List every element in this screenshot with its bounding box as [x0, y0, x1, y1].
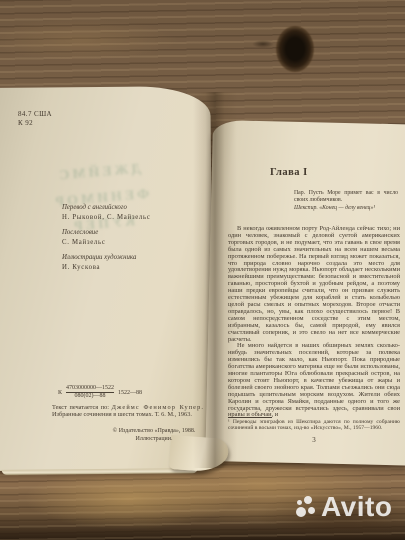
credit-name: С. Майзельс	[62, 238, 151, 248]
imprint-rest: Избранные сочинения в шести томах. Т. 6.…	[52, 411, 192, 418]
copyright-line: Иллюстрации.	[98, 436, 210, 444]
credit-illustrations: Иллюстрации художника И. Кускова	[62, 253, 151, 272]
body-paragraph: Не много найдется в наших обширных земля…	[228, 343, 400, 419]
copyright-notice: © Издательство «Правда», 1988. Иллюстрац…	[98, 428, 210, 443]
chapter-heading: Глава I	[270, 167, 308, 178]
credit-translation: Перевод с английского Н. Рыковой, С. Май…	[62, 203, 151, 222]
wood-grain-speck	[252, 40, 274, 48]
catalog-prefix: К	[58, 390, 62, 396]
imprint-note: Текст печатается по: Джеймс Фенимор Купе…	[52, 404, 204, 419]
page-number: 3	[228, 436, 400, 444]
avito-watermark: Avito	[296, 491, 392, 523]
catalog-numerator: 4703000000—1522	[66, 385, 114, 392]
footnote: ¹ Переводы эпиграфов из Шекспира даются …	[228, 419, 400, 432]
credit-name: И. Кускова	[62, 263, 151, 273]
credits-block: Перевод с английского Н. Рыковой, С. Май…	[62, 203, 151, 278]
avito-logo-icon	[296, 496, 316, 518]
imprint-author: Джеймс Фенимор Купер.	[112, 404, 204, 411]
chapter-body: В некогда оживленном порту Род-Айленда с…	[228, 226, 400, 419]
book-photo: 84.7 США К 92 ДЖЕЙМС ФЕНИМОР КУПЕР Перев…	[0, 0, 405, 540]
epigraph: Пар. Пусть Море примет вас в число своих…	[294, 190, 398, 212]
index-code-line: К 92	[18, 119, 52, 128]
index-code-line: 84.7 США	[18, 110, 52, 119]
footnote-divider	[228, 417, 272, 418]
credit-role: Послесловие	[62, 228, 151, 238]
credit-afterword: Послесловие С. Майзельс	[62, 228, 151, 247]
library-index-code: 84.7 США К 92	[18, 110, 52, 128]
imprint-prefix: Текст печатается по:	[52, 404, 112, 411]
epigraph-source: Шекспир. «Конец — делу венец»¹	[294, 205, 398, 212]
credit-role: Иллюстрации художника	[62, 253, 151, 263]
catalog-denominator: 080(02)—88	[66, 392, 114, 400]
avito-watermark-label: Avito	[321, 491, 392, 523]
body-paragraph: В некогда оживленном порту Род-Айленда с…	[228, 226, 400, 343]
credit-role: Перевод с английского	[62, 203, 151, 213]
catalog-suffix: 1522—88	[118, 390, 142, 396]
wood-knot	[276, 26, 314, 72]
catalog-fraction: 4703000000—1522 080(02)—88	[66, 385, 114, 400]
catalog-code: К 4703000000—1522 080(02)—88 1522—88	[58, 385, 142, 400]
copyright-line: © Издательство «Правда», 1988.	[98, 428, 210, 436]
epigraph-quote: Пар. Пусть Море примет вас в число своих…	[294, 190, 398, 203]
credit-name: Н. Рыковой, С. Майзельс	[62, 213, 151, 223]
